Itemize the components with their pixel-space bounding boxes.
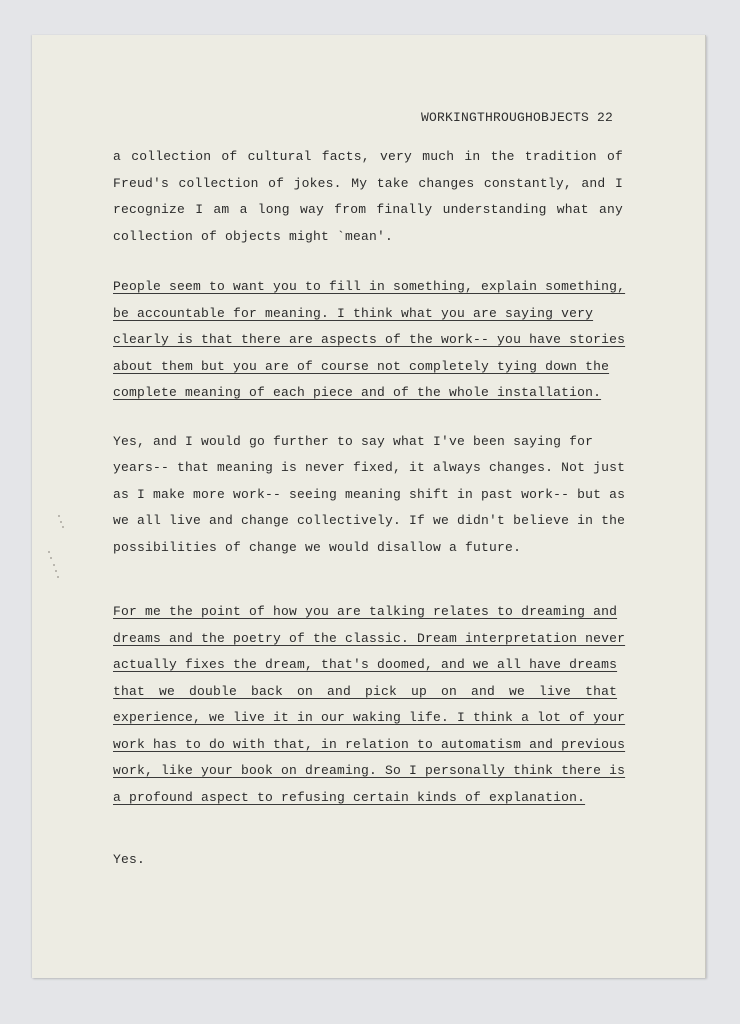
running-header: WORKINGTHROUGHOBJECTS 22 [421, 110, 613, 125]
text-line: complete meaning of each piece and of th… [113, 380, 623, 407]
text-line: that we double back on and pick up on an… [113, 679, 623, 706]
paragraph-answer-2: Yes, and I would go further to say what … [113, 429, 623, 562]
text-line: Yes. [113, 847, 623, 874]
text-line: work, like your book on dreaming. So I p… [113, 758, 623, 785]
text-line: Yes, and I would go further to say what … [113, 429, 623, 456]
paragraph-answer-1: a collection of cultural facts, very muc… [113, 144, 623, 250]
text-line: dreams and the poetry of the classic. Dr… [113, 626, 623, 653]
text-line: People seem to want you to fill in somet… [113, 274, 623, 301]
text-line: actually fixes the dream, that's doomed,… [113, 652, 623, 679]
text-line: clearly is that there are aspects of the… [113, 327, 623, 354]
text-line: years-- that meaning is never fixed, it … [113, 455, 623, 482]
text-line: recognize I am a long way from finally u… [113, 197, 623, 224]
text-line: about them but you are of course not com… [113, 354, 623, 381]
paragraph-question-2: For me the point of how you are talking … [113, 599, 623, 811]
text-line: For me the point of how you are talking … [113, 599, 623, 626]
paragraph-question-1: People seem to want you to fill in somet… [113, 274, 623, 407]
text-line: experience, we live it in our waking lif… [113, 705, 623, 732]
typed-page: WORKINGTHROUGHOBJECTS 22 a collection of… [32, 35, 706, 978]
text-line: a collection of cultural facts, very muc… [113, 144, 623, 171]
text-line: be accountable for meaning. I think what… [113, 301, 623, 328]
paper-specks [44, 513, 74, 583]
text-line: work has to do with that, in relation to… [113, 732, 623, 759]
text-line: Freud's collection of jokes. My take cha… [113, 171, 623, 198]
document-body: a collection of cultural facts, very muc… [113, 144, 623, 874]
text-line: possibilities of change we would disallo… [113, 535, 623, 562]
text-line: collection of objects might `mean'. [113, 224, 623, 251]
text-line: as I make more work-- seeing meaning shi… [113, 482, 623, 509]
text-line: a profound aspect to refusing certain ki… [113, 785, 623, 812]
text-line: we all live and change collectively. If … [113, 508, 623, 535]
paragraph-answer-3: Yes. [113, 847, 623, 874]
